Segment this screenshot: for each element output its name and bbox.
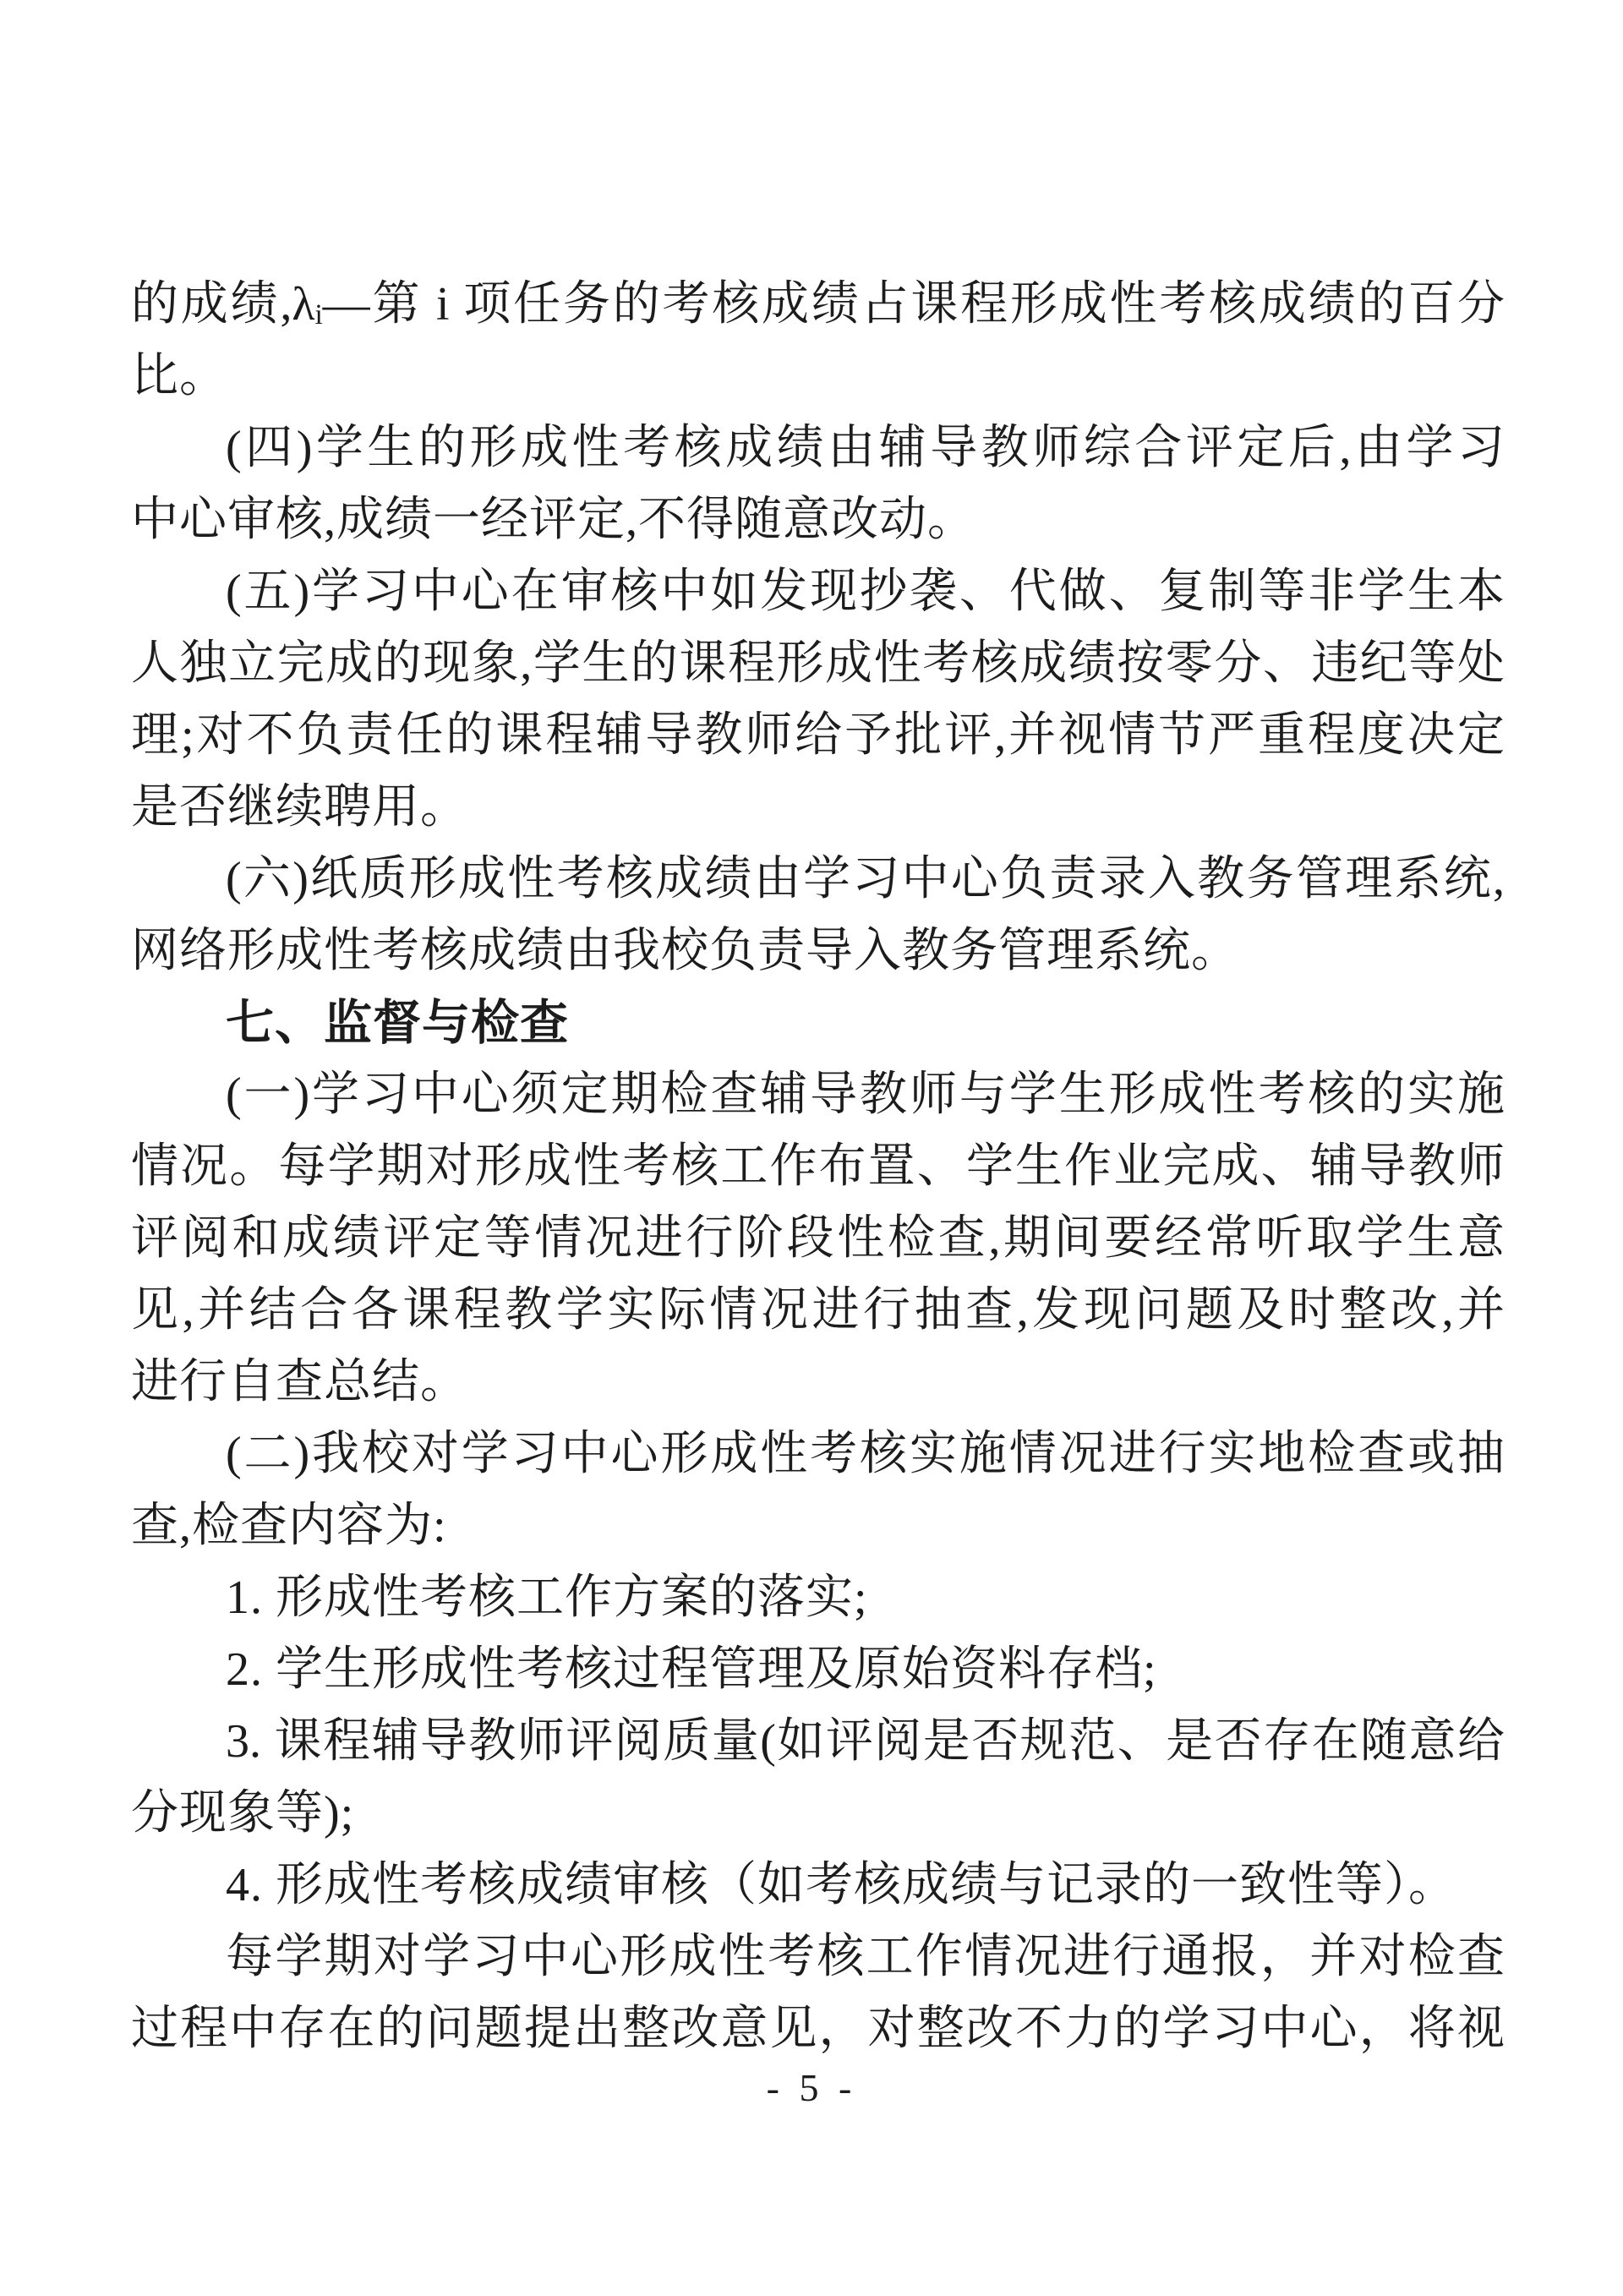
text-line: 人独立完成的现象,学生的课程形成性考核成绩按零分、违纪等处 — [131, 628, 1505, 700]
text-line: 分现象等); — [131, 1778, 1505, 1850]
text-line: 的成绩,λᵢ—第 i 项任务的考核成绩占课程形成性考核成绩的百分 — [131, 269, 1505, 341]
text-line: 过程中存在的问题提出整改意见，对整改不力的学习中心，将视 — [131, 1993, 1505, 2065]
text-line: 进行自查总结。 — [131, 1347, 1505, 1419]
text-line: 1. 形成性考核工作方案的落实; — [131, 1562, 1505, 1634]
text-line: 是否继续聘用。 — [131, 772, 1505, 844]
page-number: - 5 - — [0, 2065, 1623, 2110]
text-line: 每学期对学习中心形成性考核工作情况进行通报，并对检查 — [131, 1922, 1505, 1993]
text-line: (二)我校对学习中心形成性考核实施情况进行实地检查或抽 — [131, 1419, 1505, 1490]
text-line: 理;对不负责任的课程辅导教师给予批评,并视情节严重程度决定 — [131, 700, 1505, 772]
text-line: 网络形成性考核成绩由我校负责导入教务管理系统。 — [131, 916, 1505, 987]
text-line: 评阅和成绩评定等情况进行阶段性检查,期间要经常听取学生意 — [131, 1203, 1505, 1275]
text-line: (四)学生的形成性考核成绩由辅导教师综合评定后,由学习 — [131, 413, 1505, 484]
document-page: 的成绩,λᵢ—第 i 项任务的考核成绩占课程形成性考核成绩的百分比。(四)学生的… — [0, 0, 1623, 2296]
document-body: 的成绩,λᵢ—第 i 项任务的考核成绩占课程形成性考核成绩的百分比。(四)学生的… — [131, 269, 1505, 2065]
text-line: 情况。每学期对形成性考核工作布置、学生作业完成、辅导教师 — [131, 1131, 1505, 1203]
text-line: 2. 学生形成性考核过程管理及原始资料存档; — [131, 1634, 1505, 1706]
text-line: (五)学习中心在审核中如发现抄袭、代做、复制等非学生本 — [131, 556, 1505, 628]
text-line: (六)纸质形成性考核成绩由学习中心负责录入教务管理系统, — [131, 844, 1505, 916]
text-line: 比。 — [131, 341, 1505, 413]
text-line: 3. 课程辅导教师评阅质量(如评阅是否规范、是否存在随意给 — [131, 1706, 1505, 1778]
text-line: 见,并结合各课程教学实际情况进行抽查,发现问题及时整改,并 — [131, 1275, 1505, 1347]
text-line: (一)学习中心须定期检查辅导教师与学生形成性考核的实施 — [131, 1059, 1505, 1131]
section-heading: 七、监督与检查 — [131, 987, 1505, 1059]
text-line: 中心审核,成绩一经评定,不得随意改动。 — [131, 484, 1505, 556]
text-line: 查,检查内容为: — [131, 1490, 1505, 1562]
text-line: 4. 形成性考核成绩审核（如考核成绩与记录的一致性等）。 — [131, 1850, 1505, 1922]
